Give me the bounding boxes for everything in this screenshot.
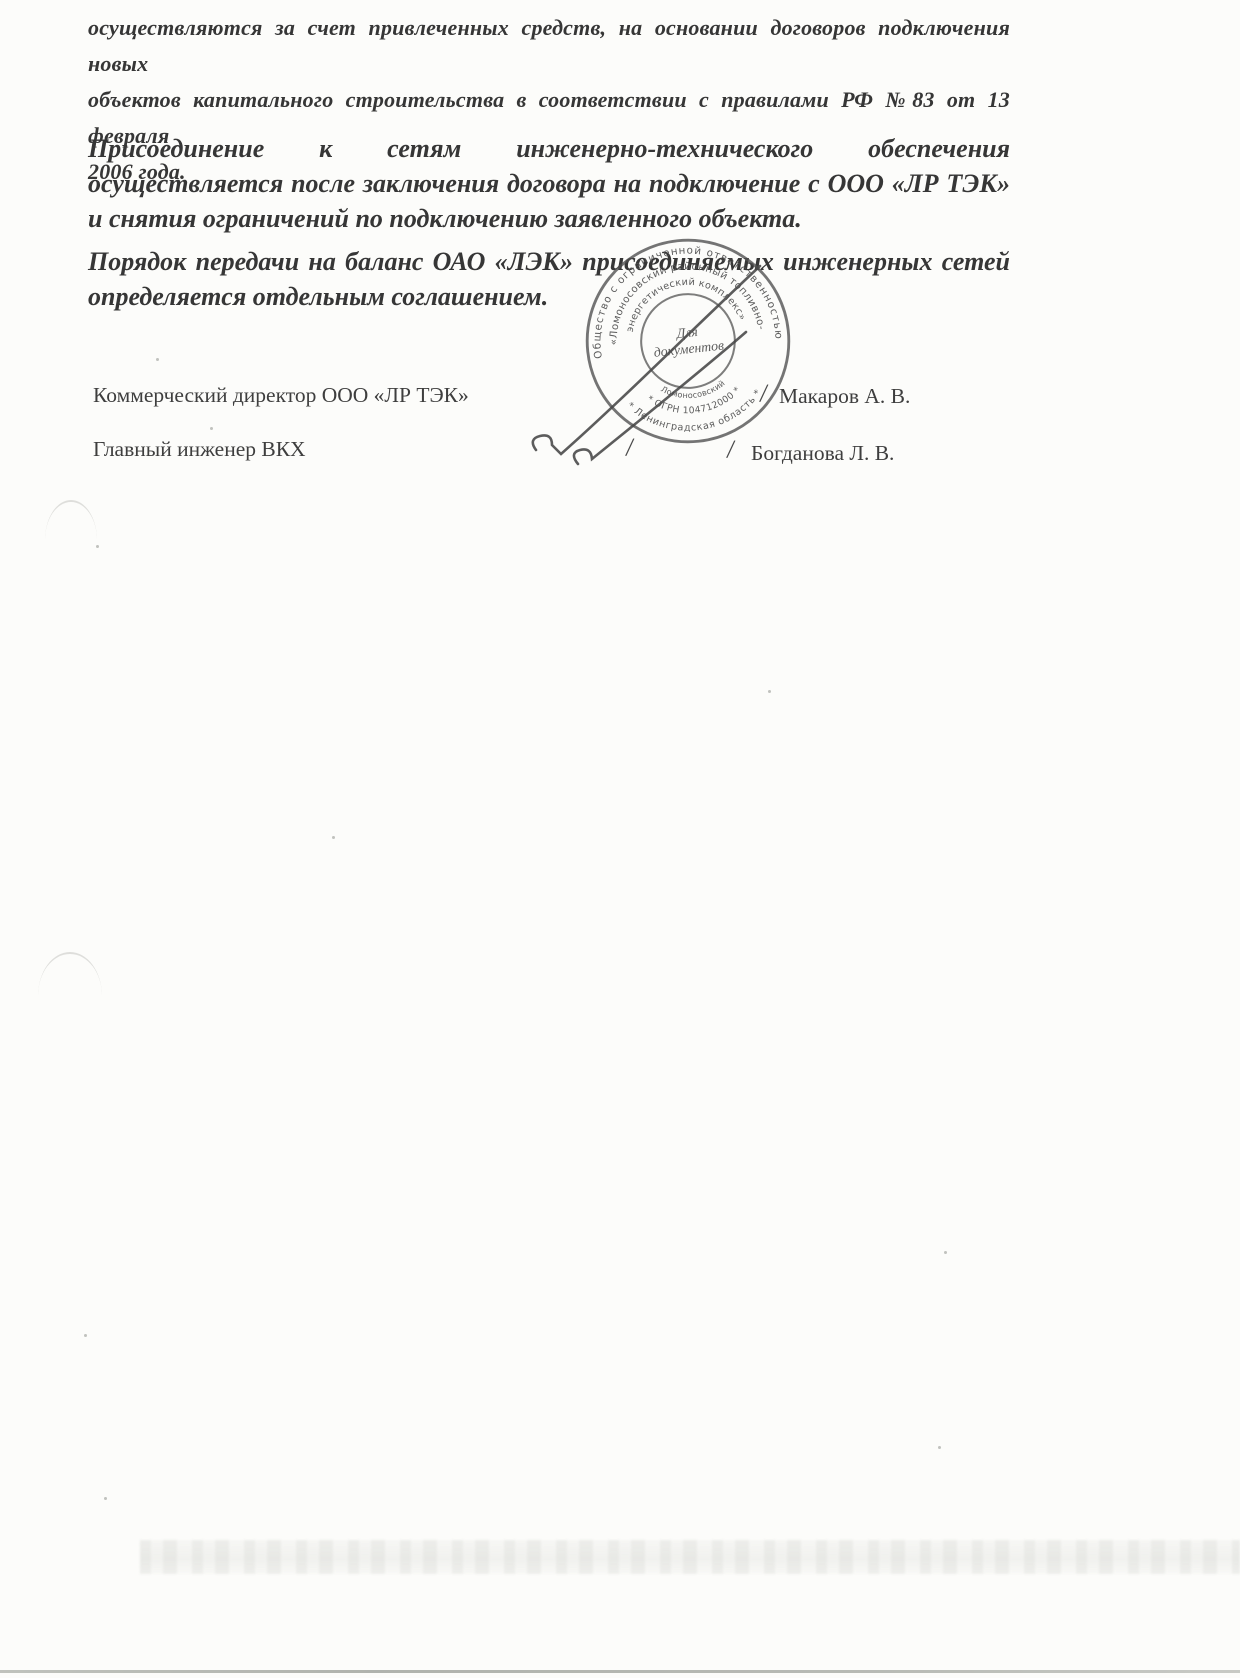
paragraph-line: Присоединение к сетям инженерно-техничес…	[88, 131, 1010, 166]
signature-stroke	[533, 266, 760, 454]
scan-speck	[104, 1497, 107, 1500]
scan-speck	[156, 358, 159, 361]
scan-bottom-edge-line	[0, 1670, 1240, 1673]
paragraph-line: осуществляются за счет привлеченных сред…	[88, 10, 1010, 82]
paper-curl-mark	[38, 952, 102, 996]
scan-noise-band	[140, 1540, 1240, 1574]
signature-title-chief-engineer: Главный инженер ВКХ	[93, 437, 306, 462]
handwritten-signature	[520, 240, 820, 480]
scan-speck	[96, 545, 99, 548]
scanned-document-page: осуществляются за счет привлеченных сред…	[0, 0, 1240, 1678]
paragraph-line: осуществляется после заключения договора…	[88, 166, 1010, 201]
paper-curl-mark	[45, 500, 97, 540]
scan-speck	[210, 427, 213, 430]
scan-speck	[332, 836, 335, 839]
signature-title-commercial-director: Коммерческий директор ООО «ЛР ТЭК»	[93, 383, 469, 408]
scan-speck	[768, 690, 771, 693]
signature-stroke	[574, 332, 746, 464]
scan-speck	[84, 1334, 87, 1337]
scan-speck	[938, 1446, 941, 1449]
paragraph-connection-terms: Присоединение к сетям инженерно-техничес…	[88, 131, 1010, 236]
paragraph-line: и снятия ограничений по подключению заяв…	[88, 201, 1010, 236]
scan-speck	[944, 1251, 947, 1254]
